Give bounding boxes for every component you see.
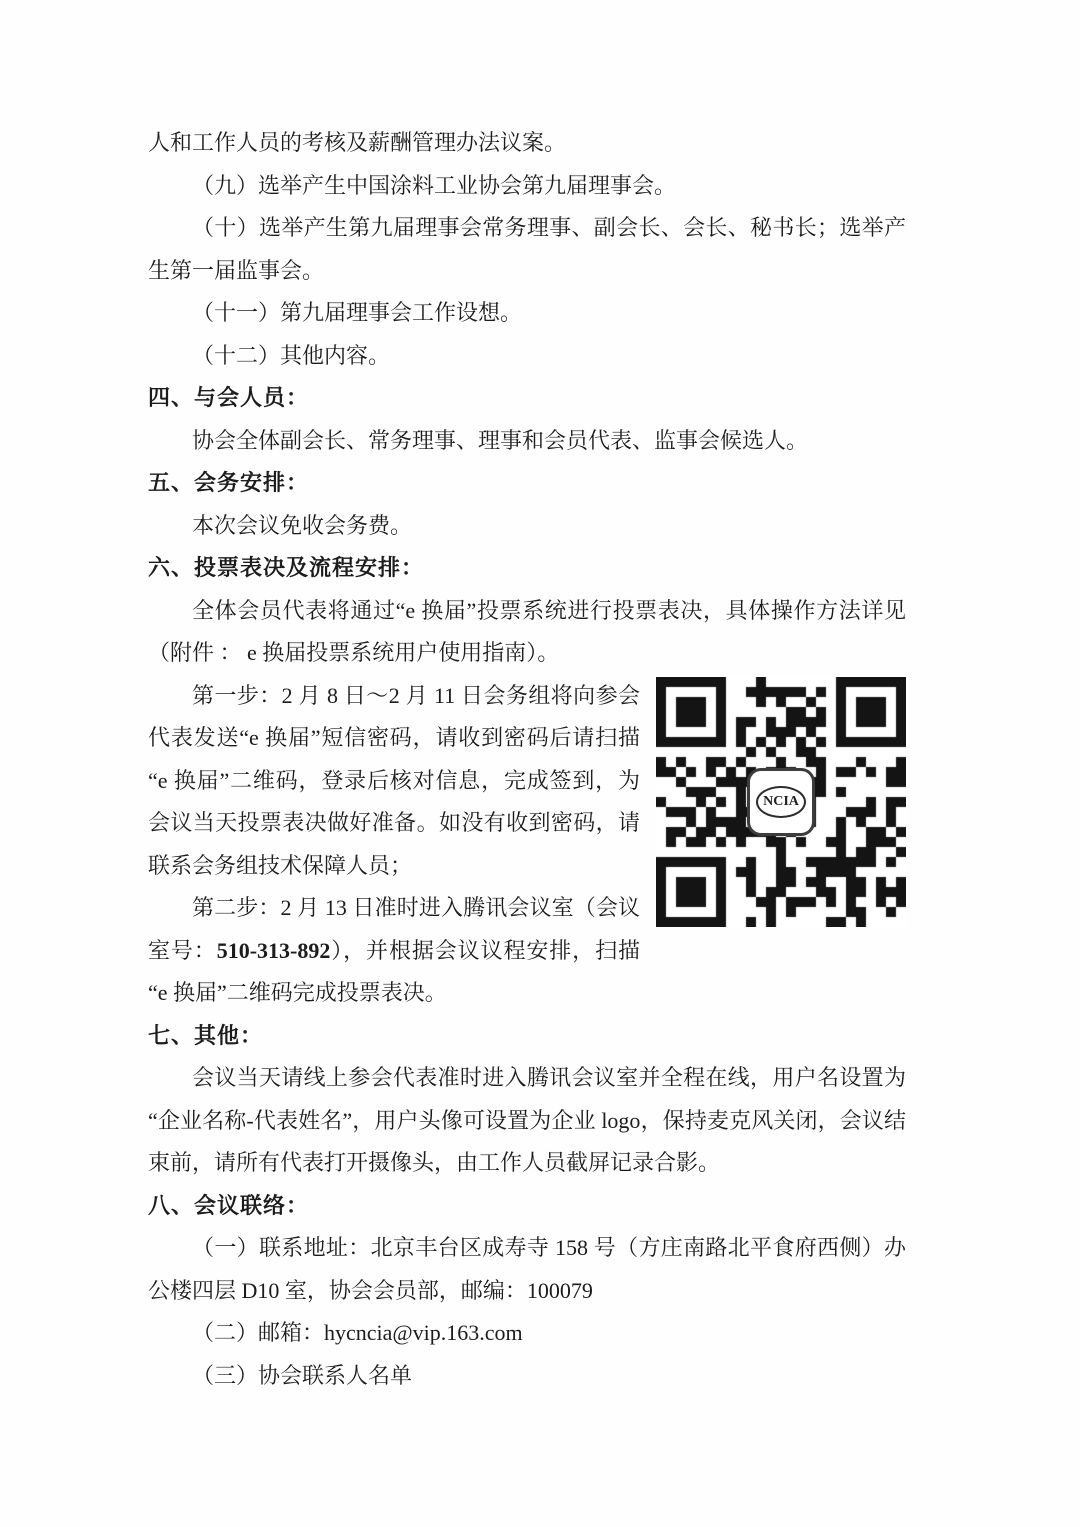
contact-address: （一）联系地址：北京丰台区成寿寺 158 号（方庄南路北平食府西侧）办公楼四层 … (148, 1227, 906, 1312)
section-6-intro: 全体会员代表将通过“e 换届”投票系统进行投票表决，具体操作方法详见（附件 ： … (148, 590, 906, 675)
agenda-item-9: （九）选举产生中国涂料工业协会第九届理事会。 (148, 165, 906, 208)
agenda-item-12: （十二）其他内容。 (148, 335, 906, 378)
section-heading-6: 六、投票表决及流程安排： (148, 547, 906, 590)
ncia-logo: NCIA (747, 768, 815, 836)
contact-person-list: （三）协会联系人名单 (148, 1355, 906, 1398)
ncia-logo-text: NCIA (756, 786, 806, 818)
section-heading-4: 四、与会人员： (148, 377, 906, 420)
paragraph-carryover: 人和工作人员的考核及薪酬管理办法议案。 (148, 122, 906, 165)
meeting-room-number: 510-313-892 (217, 938, 331, 963)
section-7-body: 会议当天请线上参会代表准时进入腾讯会议室并全程在线，用户名设置为“企业名称-代表… (148, 1057, 906, 1185)
section-4-body: 协会全体副会长、常务理事、理事和会员代表、监事会候选人。 (148, 420, 906, 463)
section-5-body: 本次会议免收会务费。 (148, 505, 906, 548)
section-heading-5: 五、会务安排： (148, 462, 906, 505)
contact-email: （二）邮箱：hycncia@vip.163.com (148, 1312, 906, 1355)
section-heading-8: 八、会议联络： (148, 1185, 906, 1228)
section-heading-7: 七、其他： (148, 1015, 906, 1058)
agenda-item-11: （十一）第九届理事会工作设想。 (148, 292, 906, 335)
document-body: 人和工作人员的考核及薪酬管理办法议案。 （九）选举产生中国涂料工业协会第九届理事… (148, 122, 906, 1397)
qr-code: NCIA (656, 677, 906, 927)
scanned-document-page: 人和工作人员的考核及薪酬管理办法议案。 （九）选举产生中国涂料工业协会第九届理事… (0, 0, 1080, 1527)
agenda-item-10: （十）选举产生第九届理事会常务理事、副会长、会长、秘书长；选举产生第一届监事会。 (148, 207, 906, 292)
